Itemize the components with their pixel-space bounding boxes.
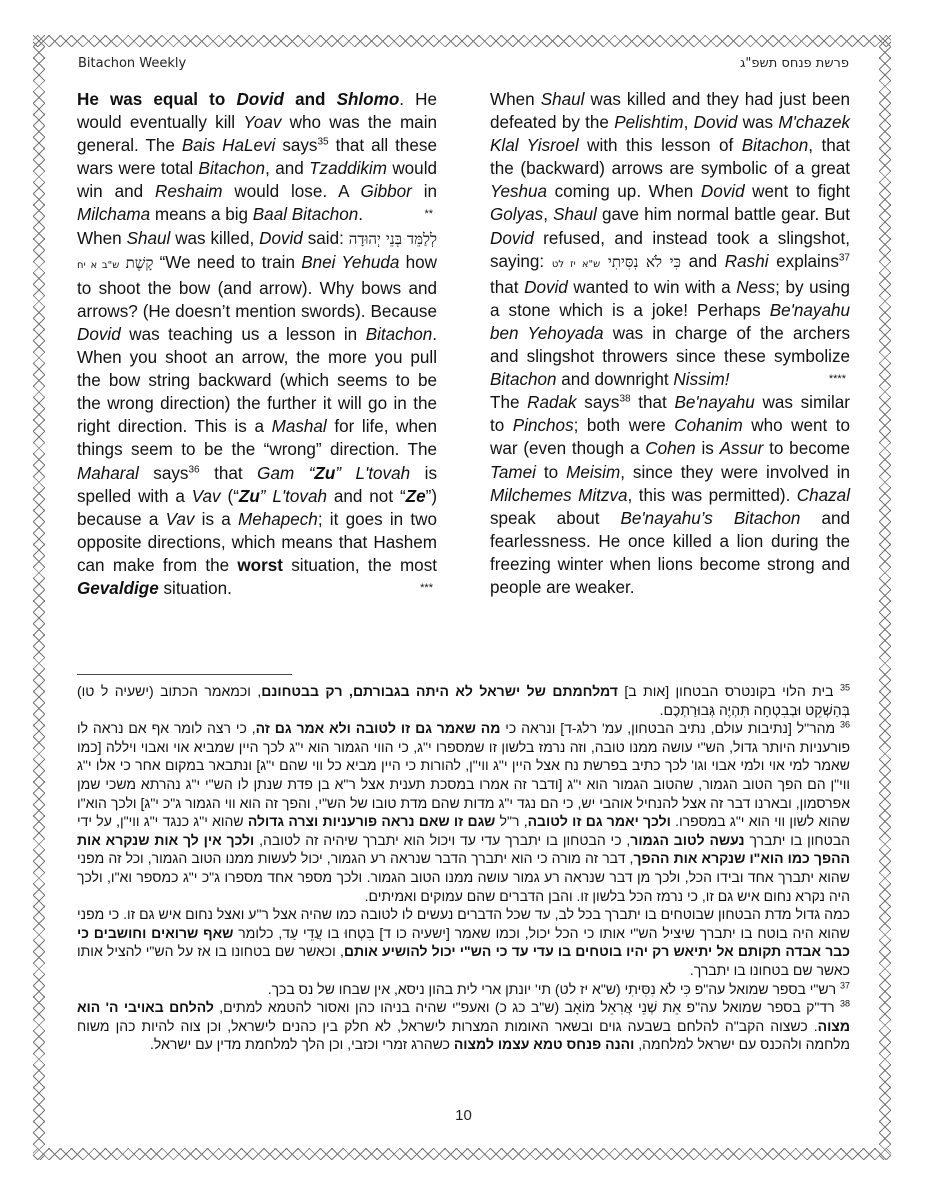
text: went to fight xyxy=(745,182,850,201)
text: to become xyxy=(763,439,850,458)
page-number: 10 xyxy=(0,1107,927,1124)
hebrew-source-ref: ש"א יז לט xyxy=(552,259,600,270)
italic-text: Meisim xyxy=(566,463,620,482)
text: explains xyxy=(769,252,839,271)
paragraph: When Shaul was killed and they had just … xyxy=(490,88,850,391)
border-top xyxy=(33,35,891,47)
italic-text: Cohen xyxy=(645,439,695,458)
text: is a xyxy=(194,510,238,529)
italic-text: Dovid xyxy=(524,278,568,297)
text: coming up. When xyxy=(547,182,701,201)
italic-text: Milchemes Mitzva xyxy=(490,486,628,505)
italic-text: Bitachon xyxy=(199,159,266,178)
italic-text: ” L'tovah xyxy=(260,487,327,506)
italic-text: Dovid xyxy=(259,229,303,248)
text: means a big xyxy=(150,205,253,224)
paragraph: The Radak says38 that Be'nayahu was simi… xyxy=(490,391,850,599)
hebrew-quote: כִּי לֹא נִסִּיתִי xyxy=(608,253,681,271)
bold-italic-text: Gevaldige xyxy=(77,579,159,598)
text: speak about xyxy=(490,509,621,528)
paragraph: When Shaul was killed, Dovid said: לְלַמ… xyxy=(77,227,437,601)
text: in xyxy=(412,182,437,201)
text: and downright xyxy=(557,370,674,389)
text: was xyxy=(737,113,778,132)
italic-text: Yeshua xyxy=(490,182,547,201)
italic-text: Vav xyxy=(192,487,221,506)
text: was killed, xyxy=(170,229,259,248)
italic-text: Ness xyxy=(736,278,775,297)
footnote-38: 38 רד"ק בספר שמואל עה"פ אֵת שְׁנֵי אֲרִא… xyxy=(77,998,850,1054)
bold-text: מה שאמר גם זו לטובה ולא אמר גם זה xyxy=(256,720,501,736)
text: “We need to train xyxy=(153,253,301,272)
italic-text: Yoav xyxy=(243,113,281,132)
italic-text: Be'nayahu xyxy=(675,393,755,412)
text: ; both were xyxy=(574,416,675,435)
italic-text: Tzaddikim xyxy=(309,159,387,178)
italic-text: Radak xyxy=(527,393,576,412)
italic-text: Bitachon xyxy=(742,136,809,155)
border-right xyxy=(879,35,891,1160)
border-left xyxy=(33,35,45,1160)
text: wanted to win with a xyxy=(568,278,736,297)
italic-text: Bais HaLevi xyxy=(182,136,275,155)
section-separator: *** xyxy=(420,577,433,600)
footnotes: 35 בית הלוי בקונטרס הבטחון [אות ב] דמלחמ… xyxy=(77,682,850,1054)
text: to xyxy=(536,463,566,482)
text: (“ xyxy=(221,487,239,506)
text: says xyxy=(577,393,620,412)
text: בית הלוי בקונטרס הבטחון [אות ב] xyxy=(618,683,840,699)
text: כשהרג זמרי וכזבי, וכן הלך למלחמת מדין עם… xyxy=(150,1036,454,1052)
bold-text: and xyxy=(284,90,337,109)
text: , ר"ל xyxy=(495,813,527,829)
footnote-ref-38[interactable]: 38 xyxy=(619,394,630,405)
text: , this was permitted). xyxy=(628,486,797,505)
text: When xyxy=(490,90,541,109)
italic-text: Shaul xyxy=(541,90,585,109)
text xyxy=(713,509,734,528)
bold-text: ולכך יאמר גם זו לטובה xyxy=(528,813,671,829)
text: situation, the most xyxy=(283,556,437,575)
footnote-ref-35[interactable]: 35 xyxy=(317,137,328,148)
italic-text: Milchama xyxy=(77,205,150,224)
text: , xyxy=(543,205,553,224)
italic-text: Mashal xyxy=(272,417,327,436)
italic-text: Golyas xyxy=(490,205,543,224)
bold-text: worst xyxy=(237,556,283,575)
text: . xyxy=(358,205,363,224)
section-separator: **** xyxy=(829,368,846,391)
bold-text: והנה פנחס טמא עצמו למצוה xyxy=(454,1036,635,1052)
italic-text: Vav xyxy=(166,510,195,529)
bold-italic-text: Ze xyxy=(406,487,426,506)
text: with this lesson of xyxy=(579,136,742,155)
italic-text: Bnei Yehuda xyxy=(301,253,399,272)
section-separator: ** xyxy=(424,203,433,226)
italic-text: Nissim! xyxy=(673,370,729,389)
text: that xyxy=(200,464,258,483)
text: and not “ xyxy=(327,487,406,506)
italic-text: Gibbor xyxy=(360,182,411,201)
bold-text: שגם זו שאם נראה פורעניות וצרה גדולה xyxy=(248,813,495,829)
italic-text: Be'nayahu’s xyxy=(621,509,713,528)
italic-text: Pinchos xyxy=(513,416,574,435)
footnote-35: 35 בית הלוי בקונטרס הבטחון [אות ב] דמלחמ… xyxy=(77,682,850,719)
footnote-separator xyxy=(77,674,292,675)
text: said: xyxy=(303,229,349,248)
italic-text: Bitachon xyxy=(490,370,557,389)
text: would lose. A xyxy=(222,182,360,201)
italic-text: Shaul xyxy=(553,205,597,224)
italic-text: Baal Bitachon xyxy=(253,205,358,224)
italic-text: Maharal xyxy=(77,464,139,483)
italic-text: Dovid xyxy=(77,325,121,344)
footnote-number: 37 xyxy=(840,980,850,990)
article-body: He was equal to Dovid and Shlomo. He wou… xyxy=(77,88,850,640)
italic-text: Shaul xyxy=(127,229,171,248)
left-column: He was equal to Dovid and Shlomo. He wou… xyxy=(77,88,437,600)
footnote-36: 36 מהר"ל [נתיבות עולם, נתיב הבטחון, עמ' … xyxy=(77,719,850,905)
bold-italic-text: Shlomo xyxy=(337,90,400,109)
right-column: When Shaul was killed and they had just … xyxy=(490,88,850,599)
text: , כי הבטחון בו יתברך עדי עד ויכול הוא ית… xyxy=(254,832,630,848)
text: מהר"ל [נתיבות עולם, נתיב הבטחון, עמ' רלג… xyxy=(500,720,840,736)
text: was teaching us a lesson in xyxy=(121,325,366,344)
italic-text: Reshaim xyxy=(155,182,222,201)
italic-text: Tamei xyxy=(490,463,536,482)
footnote-number: 38 xyxy=(840,998,850,1008)
italic-text: Mehapech xyxy=(238,510,318,529)
text: , since they were involved in xyxy=(620,463,850,482)
bold-text: נעשה לטוב הגמור xyxy=(630,832,744,848)
text: , and xyxy=(265,159,309,178)
footnote-ref-36[interactable]: 36 xyxy=(188,464,199,475)
footnote-ref-37[interactable]: 37 xyxy=(839,252,850,263)
text: and xyxy=(681,252,725,271)
bold-italic-text: Dovid xyxy=(236,90,283,109)
italic-text: Bitachon xyxy=(734,509,801,528)
text: , xyxy=(684,113,694,132)
italic-text: Gam “ xyxy=(257,464,314,483)
italic-text: Rashi xyxy=(725,252,769,271)
text: says xyxy=(139,464,189,483)
italic-text: Dovid xyxy=(490,229,534,248)
text: רש"י בספר שמואל עה"פ כִּי לֹא נִסִּיתִי … xyxy=(268,981,840,997)
hebrew-source-ref: ש"ב א יח xyxy=(77,260,119,271)
italic-text: Chazal xyxy=(797,486,850,505)
bold-italic-text: Zu xyxy=(239,487,260,506)
italic-text: Dovid xyxy=(694,113,738,132)
bold-italic-text: Zu xyxy=(314,464,335,483)
parsha-title: פרשת פנחס תשפ"ג xyxy=(740,56,849,71)
italic-text: ” L'tovah xyxy=(335,464,410,483)
italic-text: Dovid xyxy=(701,182,745,201)
italic-text: Pelishtim xyxy=(614,113,683,132)
footnote-number: 35 xyxy=(840,682,850,692)
text: that xyxy=(631,393,675,412)
bold-text: דמלחמתם של ישראל לא היתה בגבורתם, רק בבט… xyxy=(261,683,618,699)
text: The xyxy=(490,393,527,412)
text: situation. xyxy=(159,579,232,598)
text: says xyxy=(275,136,317,155)
text: gave him normal battle gear. But xyxy=(597,205,850,224)
border-bottom xyxy=(33,1148,891,1160)
paragraph: He was equal to Dovid and Shlomo. He wou… xyxy=(77,88,437,227)
footnote-number: 36 xyxy=(840,720,850,730)
bold-text: He was equal to xyxy=(77,90,236,109)
page-header: Bitachon Weekly פרשת פנחס תשפ"ג xyxy=(78,56,849,76)
footnote-37: 37 רש"י בספר שמואל עה"פ כִּי לֹא נִסִּית… xyxy=(77,980,850,999)
publication-title: Bitachon Weekly xyxy=(78,56,186,71)
italic-text: Assur xyxy=(720,439,764,458)
text: that xyxy=(490,278,524,297)
text: is xyxy=(696,439,720,458)
text: When xyxy=(77,229,127,248)
italic-text: Bitachon xyxy=(366,325,433,344)
footnote-36-continued: כמה גדול מדת הבטחון שבוטחים בו יתברך בכל… xyxy=(77,905,850,979)
text: רד"ק בספר שמואל עה"פ אֵת שְׁנֵי אֲרִאֵל … xyxy=(214,999,840,1015)
italic-text: Cohanim xyxy=(674,416,742,435)
